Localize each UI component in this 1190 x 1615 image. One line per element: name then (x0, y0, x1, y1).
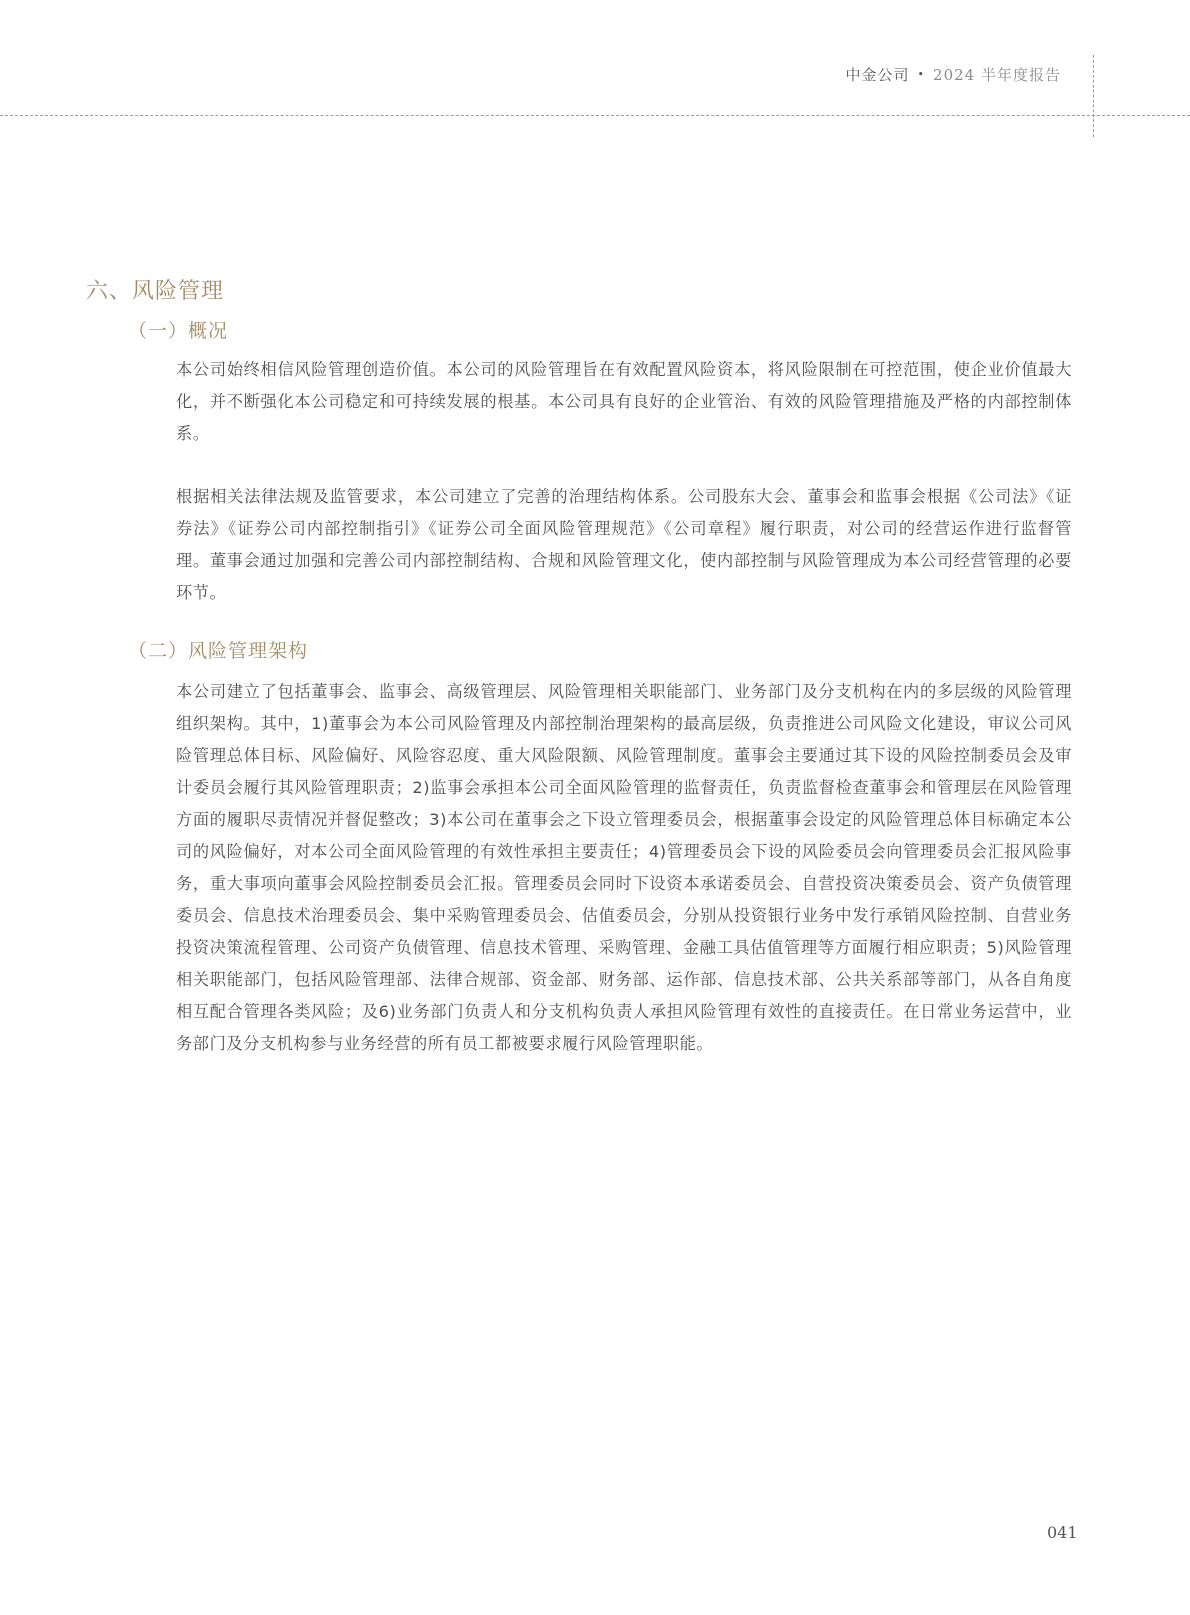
header-dashed-rule (0, 115, 1190, 116)
paragraph-framework: 本公司建立了包括董事会、监事会、高级管理层、风险管理相关职能部门、业务部门及分支… (176, 676, 1072, 1060)
header-company: 中金公司 (846, 66, 910, 84)
page-number: 041 (1047, 1523, 1078, 1542)
subsection-title-overview: （一）概况 (128, 316, 228, 343)
paragraph-overview-2: 根据相关法律法规及监管要求，本公司建立了完善的治理结构体系。公司股东大会、董事会… (176, 481, 1072, 609)
header-separator-dot: • (918, 68, 926, 81)
subsection-title-framework: （二）风险管理架构 (128, 636, 308, 663)
paragraph-overview-1: 本公司始终相信风险管理创造价值。本公司的风险管理旨在有效配置风险资本，将风险限制… (176, 354, 1072, 450)
section-title: 六、风险管理 (86, 274, 224, 305)
header-report-title: 2024 半年度报告 (933, 66, 1061, 84)
running-header: 中金公司•2024 半年度报告 (846, 64, 1061, 85)
header-vertical-dashed-rule (1093, 55, 1094, 137)
